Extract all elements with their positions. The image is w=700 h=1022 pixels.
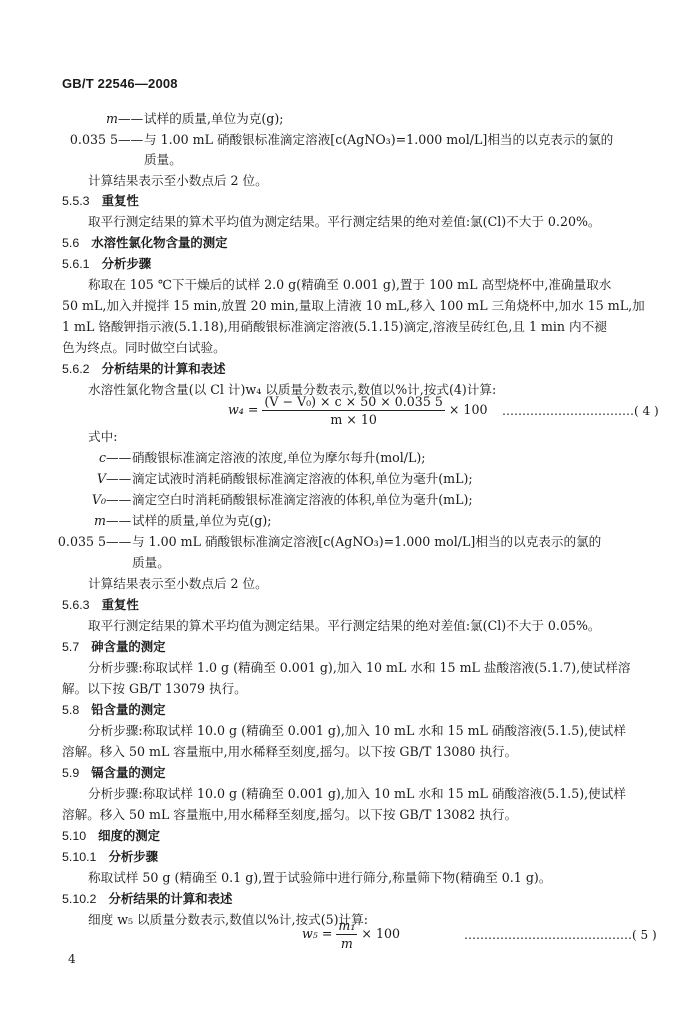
symbol: 0.035 5 xyxy=(60,131,118,149)
equation-number: ( 5 ) xyxy=(632,928,657,942)
paragraph-line: 解。以下按 GB/T 13079 执行。 xyxy=(62,680,247,698)
definition-text: 与 1.00 mL 硝酸银标准滴定溶液[c(AgNO₃)=1.000 mol/L… xyxy=(144,131,613,149)
section-heading-5-10: 5.10细度的测定 xyxy=(62,827,160,845)
paragraph: 取平行测定结果的算术平均值为测定结果。平行测定结果的绝对差值:氯(Cl)不大于 … xyxy=(88,617,601,635)
equation-number: ( 4 ) xyxy=(634,404,659,418)
paragraph-line: 分析步骤:称取试样 1.0 g (精确至 0.001 g),加入 10 mL 水… xyxy=(88,659,631,677)
equation-lhs: w₄ = xyxy=(228,402,258,417)
dash: —— xyxy=(106,512,131,530)
definition-text: 硝酸银标准滴定溶液的浓度,单位为摩尔每升(mol/L); xyxy=(132,449,426,467)
section-heading-5-10-2: 5.10.2分析结果的计算和表述 xyxy=(62,890,232,908)
symbol: m xyxy=(60,110,118,128)
equation-numerator: (V − V₀) × c × 50 × 0.035 5 xyxy=(262,394,444,411)
dash: —— xyxy=(118,110,143,128)
definition-text: 试样的质量,单位为克(g); xyxy=(144,110,283,128)
symbol: 0.035 5 xyxy=(50,533,106,551)
section-heading-5-6-1: 5.6.1分析步骤 xyxy=(62,255,151,273)
note-text: 计算结果表示至小数点后 2 位。 xyxy=(88,172,268,190)
equation-denominator: m xyxy=(336,935,357,951)
paragraph: 称取试样 50 g (精确至 0.1 g),置于试验筛中进行筛分,称量筛下物(精… xyxy=(88,869,551,887)
definition-constant: 0.035 5 —— 与 1.00 mL 硝酸银标准滴定溶液[c(AgNO₃)=… xyxy=(0,131,700,149)
definition-m: m —— 试样的质量,单位为克(g); xyxy=(0,110,700,128)
document-page: GB/T 22546—2008 m —— 试样的质量,单位为克(g); 0.03… xyxy=(0,0,700,1022)
symbol: V₀ xyxy=(60,491,106,509)
paragraph-line: 1 mL 铬酸钾指示液(5.1.18),用硝酸银标准滴定溶液(5.1.15)滴定… xyxy=(62,318,607,336)
dash: —— xyxy=(106,491,131,509)
section-heading-5-6-3: 5.6.3重复性 xyxy=(62,596,139,614)
section-heading-5-9: 5.9镉含量的测定 xyxy=(62,764,166,782)
paragraph-line: 分析步骤:称取试样 10.0 g (精确至 0.001 g),加入 10 mL … xyxy=(88,785,626,803)
section-heading-5-7: 5.7砷含量的测定 xyxy=(62,638,166,656)
paragraph: 取平行测定结果的算术平均值为测定结果。平行测定结果的绝对差值:氯(Cl)不大于 … xyxy=(88,213,601,231)
section-heading-5-6: 5.6水溶性氯化物含量的测定 xyxy=(62,234,228,252)
dash: —— xyxy=(118,131,143,149)
dash: —— xyxy=(106,449,131,467)
where-label: 式中: xyxy=(88,428,117,446)
dash: —— xyxy=(106,533,131,551)
equation-number-4: ……………………………( 4 ) xyxy=(502,404,659,418)
paragraph-line: 称取在 105 ℃下干燥后的试样 2.0 g(精确至 0.001 g),置于 1… xyxy=(88,276,611,294)
paragraph-line: 50 mL,加入并搅拌 15 min,放置 20 min,量取上清液 10 mL… xyxy=(62,297,645,315)
equation-fraction: (V − V₀) × c × 50 × 0.035 5 m × 10 xyxy=(262,394,444,427)
leader-dots: …………………………………… xyxy=(464,928,632,942)
equation-numerator: m₁ xyxy=(336,918,357,935)
symbol: c xyxy=(60,449,106,467)
section-heading-5-5-3: 5.5.3重复性 xyxy=(62,192,139,210)
equation-lhs: w₅ = xyxy=(302,926,332,941)
symbol: m xyxy=(60,512,106,530)
note-text: 计算结果表示至小数点后 2 位。 xyxy=(88,575,268,593)
equation-denominator: m × 10 xyxy=(262,411,444,427)
equation-5: w₅ = m₁ m × 100 xyxy=(302,918,400,951)
equation-fraction: m₁ m xyxy=(336,918,357,951)
dash: —— xyxy=(106,470,131,488)
page-number: 4 xyxy=(68,952,76,966)
leader-dots: …………………………… xyxy=(502,404,634,418)
definition-constant: 0.035 5 —— 与 1.00 mL 硝酸银标准滴定溶液[c(AgNO₃)=… xyxy=(0,533,700,551)
definition-continuation: 质量。 xyxy=(144,151,182,169)
definition-text: 滴定空白时消耗硝酸银标准滴定溶液的体积,单位为毫升(mL); xyxy=(132,491,473,509)
symbol: V xyxy=(60,470,106,488)
paragraph-line: 分析步骤:称取试样 10.0 g (精确至 0.001 g),加入 10 mL … xyxy=(88,722,626,740)
section-heading-5-8: 5.8铅含量的测定 xyxy=(62,701,166,719)
equation-number-5: ……………………………………( 5 ) xyxy=(464,928,657,942)
equation-tail: × 100 xyxy=(361,926,400,941)
definition-text: 试样的质量,单位为克(g); xyxy=(132,512,271,530)
paragraph-line: 色为终点。同时做空白试验。 xyxy=(62,339,226,357)
section-heading-5-10-1: 5.10.1分析步骤 xyxy=(62,848,158,866)
standard-id-header: GB/T 22546—2008 xyxy=(62,76,178,91)
definition-m: m —— 试样的质量,单位为克(g); xyxy=(0,512,700,530)
paragraph-line: 溶解。移入 50 mL 容量瓶中,用水稀释至刻度,摇匀。以下按 GB/T 130… xyxy=(62,743,517,761)
section-heading-5-6-2: 5.6.2分析结果的计算和表述 xyxy=(62,360,225,378)
definition-text: 滴定试液时消耗硝酸银标准滴定溶液的体积,单位为毫升(mL); xyxy=(132,470,473,488)
paragraph-line: 溶解。移入 50 mL 容量瓶中,用水稀释至刻度,摇匀。以下按 GB/T 130… xyxy=(62,806,517,824)
definition-c: c —— 硝酸银标准滴定溶液的浓度,单位为摩尔每升(mol/L); xyxy=(0,449,700,467)
equation-4: w₄ = (V − V₀) × c × 50 × 0.035 5 m × 10 … xyxy=(228,394,487,427)
definition-V0: V₀ —— 滴定空白时消耗硝酸银标准滴定溶液的体积,单位为毫升(mL); xyxy=(0,491,700,509)
equation-tail: × 100 xyxy=(449,402,488,417)
definition-V: V —— 滴定试液时消耗硝酸银标准滴定溶液的体积,单位为毫升(mL); xyxy=(0,470,700,488)
definition-continuation: 质量。 xyxy=(132,554,170,572)
definition-text: 与 1.00 mL 硝酸银标准滴定溶液[c(AgNO₃)=1.000 mol/L… xyxy=(132,533,601,551)
